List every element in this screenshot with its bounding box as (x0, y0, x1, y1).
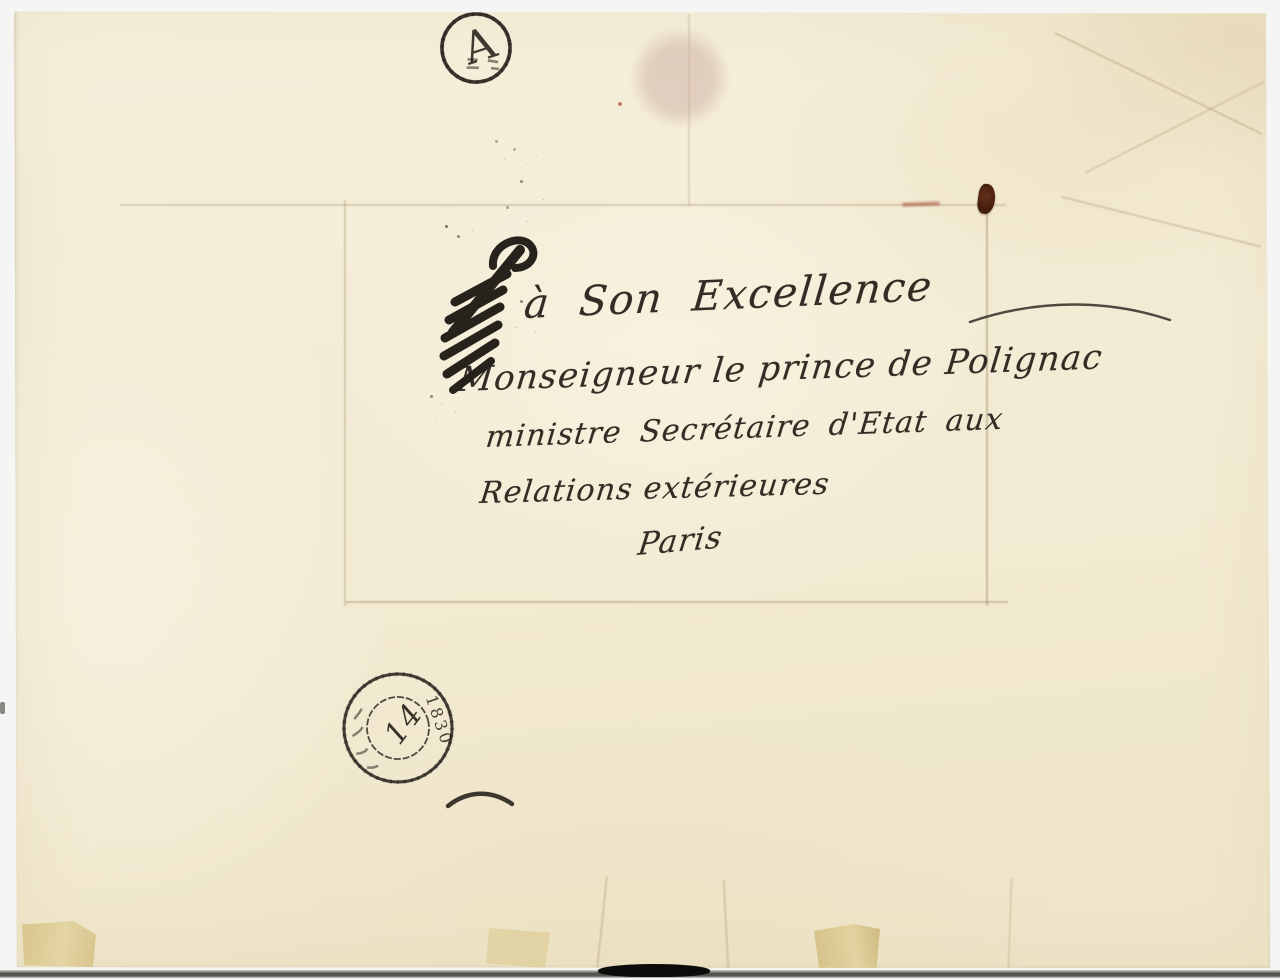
letter-sheet: A à Son Excellence Monseigneur le prince… (13, 10, 1271, 970)
red-ink-speck (618, 102, 622, 106)
fold-line-horizontal-bottom (346, 601, 1008, 603)
background-speck (0, 702, 5, 714)
crease-bottom-1 (596, 876, 607, 970)
crease-top-right-1 (1055, 32, 1262, 134)
ink-specks-offset (495, 140, 498, 143)
tape-remnant-center (486, 928, 550, 968)
ink-specks-upper (520, 180, 523, 183)
fold-line-horizontal-top (120, 204, 1006, 206)
scan-background: A à Son Excellence Monseigneur le prince… (0, 0, 1280, 980)
datestamp-day: 14 (378, 696, 431, 751)
circular-a-postmark: A (428, 0, 524, 96)
crease-top-right-3 (1085, 81, 1264, 173)
pen-flourish (960, 290, 1180, 340)
fold-line-vertical-right (986, 194, 988, 606)
ink-smudge-arc (440, 784, 520, 820)
crease-top-right-2 (1062, 196, 1261, 247)
round-pink-stain (630, 28, 730, 128)
circular-datestamp: 14 1830 (338, 666, 462, 792)
wax-seal-remnant (976, 183, 997, 215)
crease-bottom-3 (1007, 878, 1012, 968)
scanner-edge-notch (598, 964, 710, 977)
datestamp-rim-marks (345, 708, 378, 770)
fold-line-vertical-left (344, 200, 346, 606)
a-postmark-letter: A (456, 17, 504, 76)
crease-bottom-2 (723, 880, 729, 970)
tape-remnant-right (814, 924, 880, 974)
tape-remnant-left (22, 921, 96, 967)
